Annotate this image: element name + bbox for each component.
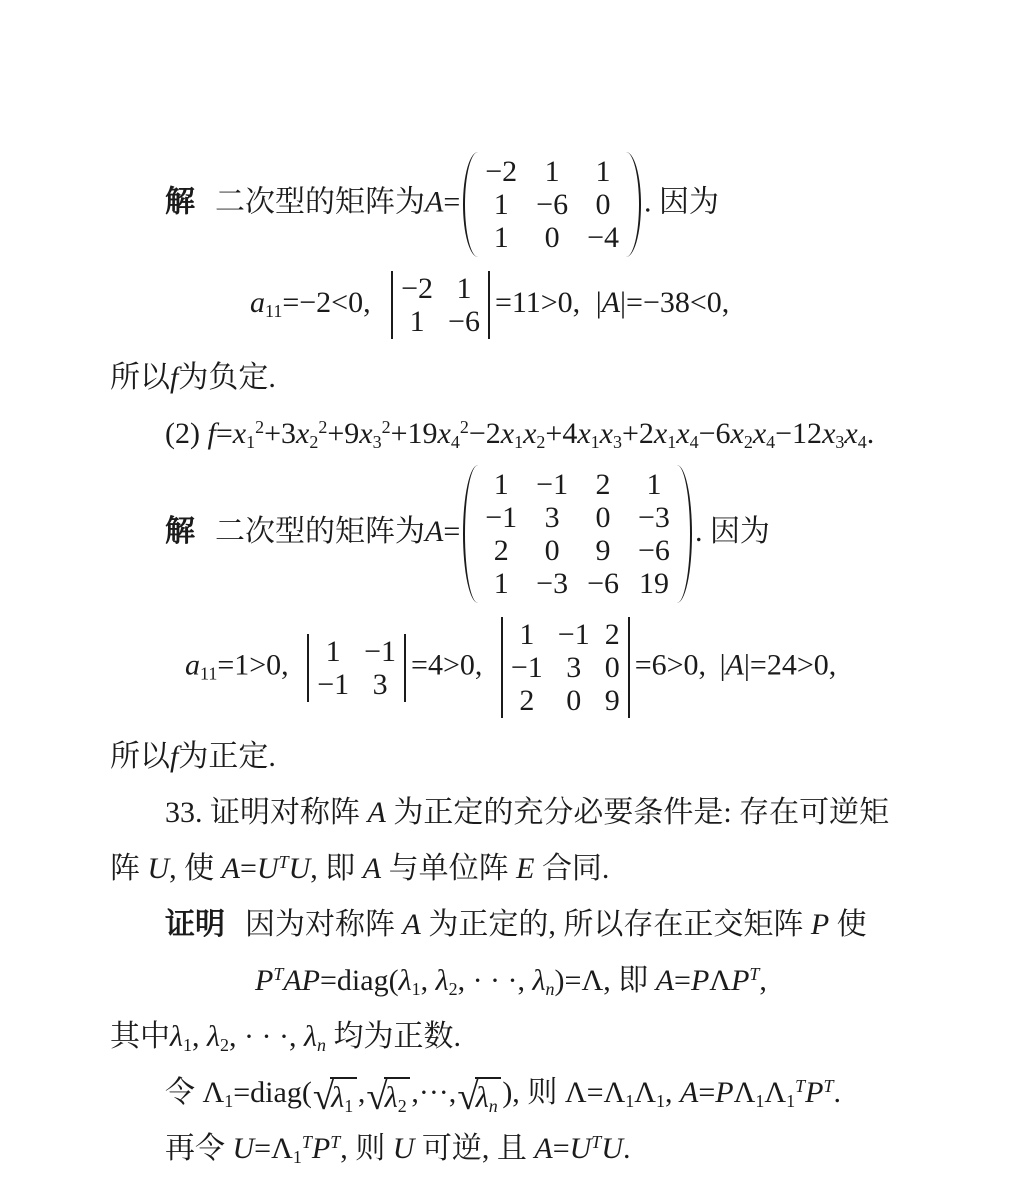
- math-variable: U: [289, 852, 311, 885]
- math-roman: , · · ·,: [458, 964, 533, 997]
- superscript: T: [279, 852, 289, 872]
- cjk-text: 为负定.: [178, 361, 276, 394]
- subscript: 4: [858, 432, 867, 452]
- math-roman: .: [623, 1132, 631, 1165]
- math-roman: Λ=Λ: [565, 1076, 625, 1109]
- radical-sign: √: [457, 1078, 478, 1115]
- superscript: T: [749, 964, 759, 984]
- math-roman: =diag(: [320, 964, 399, 997]
- math-roman: .: [867, 417, 875, 450]
- cjk-text: 其中: [110, 1020, 170, 1053]
- cjk-text: 即: [618, 964, 656, 997]
- subscript: 1: [293, 1147, 302, 1167]
- subscript: 3: [613, 432, 622, 452]
- spacer: [378, 311, 386, 312]
- math-variable: AP: [283, 964, 320, 997]
- math-variable: λ: [170, 1020, 183, 1053]
- math-variable: A: [222, 852, 240, 885]
- matrix-entry: −6: [587, 567, 619, 600]
- cjk-text: 因为: [710, 515, 770, 548]
- math-variable: A: [368, 796, 386, 829]
- math-roman: (2): [165, 417, 207, 450]
- subscript: n: [489, 1096, 498, 1116]
- matrix-entries: 1−12−130209: [501, 617, 630, 718]
- subscript: 4: [690, 432, 699, 452]
- subscript: 11: [200, 663, 217, 683]
- math-roman: Λ: [734, 1076, 756, 1109]
- matrix-entries: 1−121−130−3209−61−3−619: [478, 465, 677, 603]
- matrix-entry: −3: [536, 567, 568, 600]
- math-variable: x: [654, 417, 667, 450]
- part2-conclusion-line: 所以f为正定.: [110, 730, 916, 784]
- math-roman: .: [695, 515, 710, 548]
- cjk-text: 合同.: [534, 852, 609, 885]
- part1-minors-line: a11=−2<0, −211−6=11>0, |A|=−38<0,: [110, 269, 916, 341]
- math-roman: Λ: [634, 1076, 656, 1109]
- superscript: T: [302, 1132, 312, 1152]
- matrix-entry: 3: [373, 668, 388, 701]
- matrix-entry: 1: [326, 635, 341, 668]
- subscript: 1: [625, 1091, 634, 1111]
- part1-conclusion-line: 所以f为负定.: [110, 351, 916, 405]
- matrix-entry: 9: [596, 534, 611, 567]
- math-variable: A: [726, 648, 744, 681]
- math-roman: +19: [391, 417, 438, 450]
- math-roman: ,: [192, 1020, 207, 1053]
- math-variable: P: [255, 964, 273, 997]
- math-roman: =−2<0,: [282, 286, 378, 319]
- math-roman: +2: [622, 417, 654, 450]
- superscript: T: [795, 1076, 805, 1096]
- math-roman: ,···,: [411, 1076, 456, 1109]
- problem-33-statement-line-1: 33. 证明对称阵 A 为正定的充分必要条件是: 存在可逆矩: [110, 786, 916, 840]
- subscript: 1: [183, 1035, 192, 1055]
- math-roman: ,: [358, 1076, 366, 1109]
- matrix-entries: 1−1−13: [307, 634, 406, 702]
- math-variable: x: [600, 417, 613, 450]
- subscript: 1: [755, 1091, 764, 1111]
- math-variable: P: [312, 1132, 330, 1165]
- subscript: 3: [373, 432, 382, 452]
- math-roman: =diag(: [233, 1076, 312, 1109]
- superscript: T: [330, 1132, 340, 1152]
- spacer: [195, 540, 215, 541]
- cjk-text: 使: [829, 908, 867, 941]
- math-variable: λ: [436, 964, 449, 997]
- math-roman: .: [833, 1076, 841, 1109]
- matrix-entry: 0: [545, 534, 560, 567]
- subscript: 1: [591, 432, 600, 452]
- math-variable: A: [680, 1076, 698, 1109]
- subscript: 2: [220, 1035, 229, 1055]
- cjk-text: 阵: [110, 852, 148, 885]
- cjk-text: 令: [165, 1076, 203, 1109]
- math-roman: 33.: [165, 796, 210, 829]
- math-variable: x: [577, 417, 590, 450]
- matrix-entry: −1: [364, 635, 396, 668]
- math-variable: λ: [207, 1020, 220, 1053]
- matrix-entry: 0: [566, 684, 581, 717]
- matrix-entry: 3: [545, 501, 560, 534]
- matrix-entry: 0: [605, 651, 620, 684]
- cjk-text: 即: [325, 852, 363, 885]
- matrix-entry: −1: [317, 668, 349, 701]
- sqrt-term: √λn: [457, 1077, 501, 1116]
- cjk-text: 再令: [165, 1132, 233, 1165]
- spacer: [296, 673, 302, 674]
- cjk-text: 所以: [110, 361, 170, 394]
- math-roman: +4: [545, 417, 577, 450]
- math-roman: =: [216, 417, 233, 450]
- problem-33-statement-line-2: 阵 U, 使 A=UTU, 即 A 与单位阵 E 合同.: [110, 842, 916, 896]
- math-variable: x: [822, 417, 835, 450]
- math-variable: x: [296, 417, 309, 450]
- math-roman: ,: [759, 964, 767, 997]
- math-roman: =: [443, 515, 460, 548]
- math-variable: A: [403, 908, 421, 941]
- matrix-entry: 1: [494, 188, 509, 221]
- cjk-text: 因为对称阵: [245, 908, 403, 941]
- math-roman: Λ: [203, 1076, 225, 1109]
- matrix-entry: 2: [519, 684, 534, 717]
- subscript: 11: [265, 301, 282, 321]
- math-variable: A: [602, 286, 620, 319]
- spacer: [490, 673, 496, 674]
- sqrt-term: √λ1: [313, 1077, 357, 1116]
- spacer: [588, 311, 596, 312]
- cjk-text: 二次型的矩阵为: [215, 185, 425, 218]
- superscript: 2: [255, 417, 264, 437]
- matrix-entry: 1: [646, 468, 661, 501]
- matrix-entry: 1: [456, 272, 471, 305]
- superscript: 2: [382, 417, 391, 437]
- superscript: T: [823, 1076, 833, 1096]
- right-paren: [677, 465, 692, 603]
- cjk-text: 则: [527, 1076, 565, 1109]
- subscript: 1: [246, 432, 255, 452]
- matrix-4x4: 1−121−130−3209−61−3−619: [463, 465, 692, 603]
- cjk-label: 解: [165, 515, 195, 548]
- radical-sign: √: [313, 1078, 334, 1115]
- math-variable: U: [601, 1132, 623, 1165]
- sqrt-term: √λ2: [366, 1077, 410, 1116]
- math-variable: A: [534, 1132, 552, 1165]
- subscript: 1: [656, 1091, 665, 1111]
- math-variable: U: [257, 852, 279, 885]
- matrix-entry: 1: [545, 155, 560, 188]
- determinant-2x2: 1−1−13: [305, 634, 408, 702]
- math-roman: +9: [327, 417, 359, 450]
- proof-diagonalization-line: PTAP=diag(λ1, λ2, · · ·, λn)=Λ, 即 A=PΛPT…: [110, 954, 916, 1008]
- matrix-entry: 2: [605, 618, 620, 651]
- subscript: 2: [398, 1096, 407, 1116]
- math-roman: =: [698, 1076, 715, 1109]
- spacer: [225, 933, 245, 934]
- superscript: T: [273, 964, 283, 984]
- matrix-entry: 9: [605, 684, 620, 717]
- math-roman: −2: [469, 417, 501, 450]
- cjk-label: 解: [165, 185, 195, 218]
- math-roman: −6: [699, 417, 731, 450]
- part2-solution-matrix-line: 解二次型的矩阵为A=1−121−130−3209−61−3−619. 因为: [110, 463, 916, 605]
- cjk-text: 则: [355, 1132, 393, 1165]
- right-paren: [626, 152, 641, 257]
- math-variable: x: [438, 417, 451, 450]
- matrix-entry: −1: [485, 501, 517, 534]
- matrix-entry: 3: [566, 651, 581, 684]
- math-roman: ),: [502, 1076, 527, 1109]
- matrix-entry: 2: [596, 468, 611, 501]
- math-roman: ,: [310, 852, 325, 885]
- math-variable: U: [393, 1132, 415, 1165]
- subscript: 1: [514, 432, 523, 452]
- math-roman: .: [644, 185, 659, 218]
- subscript: 4: [766, 432, 775, 452]
- subscript: n: [317, 1035, 326, 1055]
- matrix-entry: 1: [519, 618, 534, 651]
- matrix-entry: 2: [494, 534, 509, 567]
- math-variable: f: [207, 417, 215, 450]
- matrix-entries: −211−6: [391, 271, 490, 339]
- subscript: 1: [344, 1096, 353, 1116]
- math-roman: |=24>0,: [744, 648, 836, 681]
- matrix-entry: −1: [511, 651, 543, 684]
- subscript: 1: [667, 432, 676, 452]
- cjk-text: 所以: [110, 740, 170, 773]
- left-paren: [463, 152, 478, 257]
- superscript: 2: [318, 417, 327, 437]
- cjk-text: 为正定的充分必要条件是: 存在可逆矩: [386, 796, 889, 829]
- math-roman: =1>0,: [217, 648, 296, 681]
- math-variable: x: [730, 417, 743, 450]
- matrix-entry: −6: [448, 305, 480, 338]
- proof-intro-line: 证明因为对称阵 A 为正定的, 所以存在正交矩阵 P 使: [110, 898, 916, 952]
- content-column: 解二次型的矩阵为A=−2111−6010−4. 因为a11=−2<0, −211…: [110, 150, 916, 1176]
- matrix-entries: −2111−6010−4: [478, 152, 626, 257]
- matrix-entry: 0: [545, 221, 560, 254]
- math-roman: =4>0,: [411, 648, 490, 681]
- math-variable: P: [731, 964, 749, 997]
- subscript: n: [546, 979, 555, 999]
- document-page: 解二次型的矩阵为A=−2111−6010−4. 因为a11=−2<0, −211…: [0, 0, 1011, 1182]
- cjk-text: 二次型的矩阵为: [215, 515, 425, 548]
- matrix-entry: 0: [596, 501, 611, 534]
- math-variable: P: [811, 908, 829, 941]
- math-variable: x: [359, 417, 372, 450]
- math-variable: P: [715, 1076, 733, 1109]
- subscript: 2: [744, 432, 753, 452]
- left-paren: [463, 465, 478, 603]
- cjk-text: 均为正数.: [326, 1020, 461, 1053]
- matrix-entry: 1: [410, 305, 425, 338]
- radical-sign: √: [366, 1078, 387, 1115]
- matrix-entry: −3: [638, 501, 670, 534]
- subscript: 4: [451, 432, 460, 452]
- matrix-entry: 1: [494, 221, 509, 254]
- math-variable: a: [185, 648, 200, 681]
- matrix-entry: −4: [587, 221, 619, 254]
- part2-minors-line: a11=1>0, 1−1−13=4>0, 1−12−130209=6>0, |A…: [110, 615, 916, 720]
- proof-positive-eigenvalues-line: 其中λ1, λ2, · · ·, λn 均为正数.: [110, 1010, 916, 1064]
- math-variable: U: [233, 1132, 255, 1165]
- subscript: 1: [786, 1091, 795, 1111]
- math-roman: Λ: [764, 1076, 786, 1109]
- math-roman: =6>0,: [635, 648, 714, 681]
- subscript: 1: [224, 1091, 233, 1111]
- math-variable: λ: [533, 964, 546, 997]
- math-variable: E: [516, 852, 534, 885]
- math-variable: A: [425, 185, 443, 218]
- math-roman: Λ: [709, 964, 731, 997]
- matrix-entry: −6: [638, 534, 670, 567]
- math-roman: −12: [775, 417, 822, 450]
- math-roman: =Λ: [254, 1132, 293, 1165]
- part2-quadratic-form-line: (2) f=x12+3x22+9x32+19x42−2x1x2+4x1x3+2x…: [110, 407, 916, 461]
- superscript: 2: [460, 417, 469, 437]
- matrix-entry: 0: [596, 188, 611, 221]
- math-roman: ,: [421, 964, 436, 997]
- proof-lambda1-construction-line: 令 Λ1=diag(√λ1,√λ2,···,√λn), 则 Λ=Λ1Λ1, A=…: [110, 1066, 916, 1120]
- matrix-entry: 1: [494, 567, 509, 600]
- math-variable: λ: [304, 1020, 317, 1053]
- math-roman: =: [240, 852, 257, 885]
- cjk-text: 使: [184, 852, 222, 885]
- math-roman: |=−38<0,: [620, 286, 729, 319]
- cjk-text: 为正定的, 所以存在正交矩阵: [421, 908, 811, 941]
- math-roman: ,: [340, 1132, 355, 1165]
- math-roman: =: [553, 1132, 570, 1165]
- proof-u-construction-line: 再令 U=Λ1TPT, 则 U 可逆, 且 A=UTU.: [110, 1122, 916, 1176]
- cjk-text: 为正定.: [178, 740, 276, 773]
- math-variable: U: [570, 1132, 592, 1165]
- math-variable: a: [250, 286, 265, 319]
- subscript: 2: [309, 432, 318, 452]
- matrix-entry: −1: [558, 618, 590, 651]
- cjk-text: 可逆, 且: [414, 1132, 534, 1165]
- math-variable: P: [691, 964, 709, 997]
- determinant-2x2: −211−6: [389, 271, 492, 339]
- matrix-entry: −1: [536, 468, 568, 501]
- cjk-label: 证明: [165, 908, 225, 941]
- cjk-text: 因为: [659, 185, 719, 218]
- math-variable: A: [425, 515, 443, 548]
- matrix-entry: 19: [639, 567, 669, 600]
- cjk-text: 证明对称阵: [210, 796, 368, 829]
- cjk-text: 与单位阵: [381, 852, 516, 885]
- matrix-entry: −6: [536, 188, 568, 221]
- subscript: 1: [412, 979, 421, 999]
- math-variable: x: [501, 417, 514, 450]
- math-roman: =11>0,: [495, 286, 588, 319]
- subscript: 2: [449, 979, 458, 999]
- matrix-entry: −2: [401, 272, 433, 305]
- math-roman: , · · ·,: [229, 1020, 304, 1053]
- matrix-entry: −2: [485, 155, 517, 188]
- matrix-3x3: −2111−6010−4: [463, 152, 641, 257]
- math-variable: x: [523, 417, 536, 450]
- math-roman: ,: [665, 1076, 680, 1109]
- part1-solution-matrix-line: 解二次型的矩阵为A=−2111−6010−4. 因为: [110, 150, 916, 259]
- math-roman: =: [443, 185, 460, 218]
- math-variable: A: [363, 852, 381, 885]
- math-roman: =: [674, 964, 691, 997]
- matrix-entry: 1: [596, 155, 611, 188]
- determinant-3x3: 1−12−130209: [499, 617, 632, 718]
- math-variable: P: [805, 1076, 823, 1109]
- superscript: T: [591, 1132, 601, 1152]
- spacer: [195, 210, 215, 211]
- math-variable: λ: [399, 964, 412, 997]
- math-variable: x: [753, 417, 766, 450]
- math-variable: U: [148, 852, 170, 885]
- math-roman: ,: [169, 852, 184, 885]
- math-roman: +3: [264, 417, 296, 450]
- math-variable: A: [656, 964, 674, 997]
- math-variable: x: [844, 417, 857, 450]
- math-roman: )=Λ,: [555, 964, 619, 997]
- math-variable: x: [676, 417, 689, 450]
- matrix-entry: 1: [494, 468, 509, 501]
- math-variable: x: [233, 417, 246, 450]
